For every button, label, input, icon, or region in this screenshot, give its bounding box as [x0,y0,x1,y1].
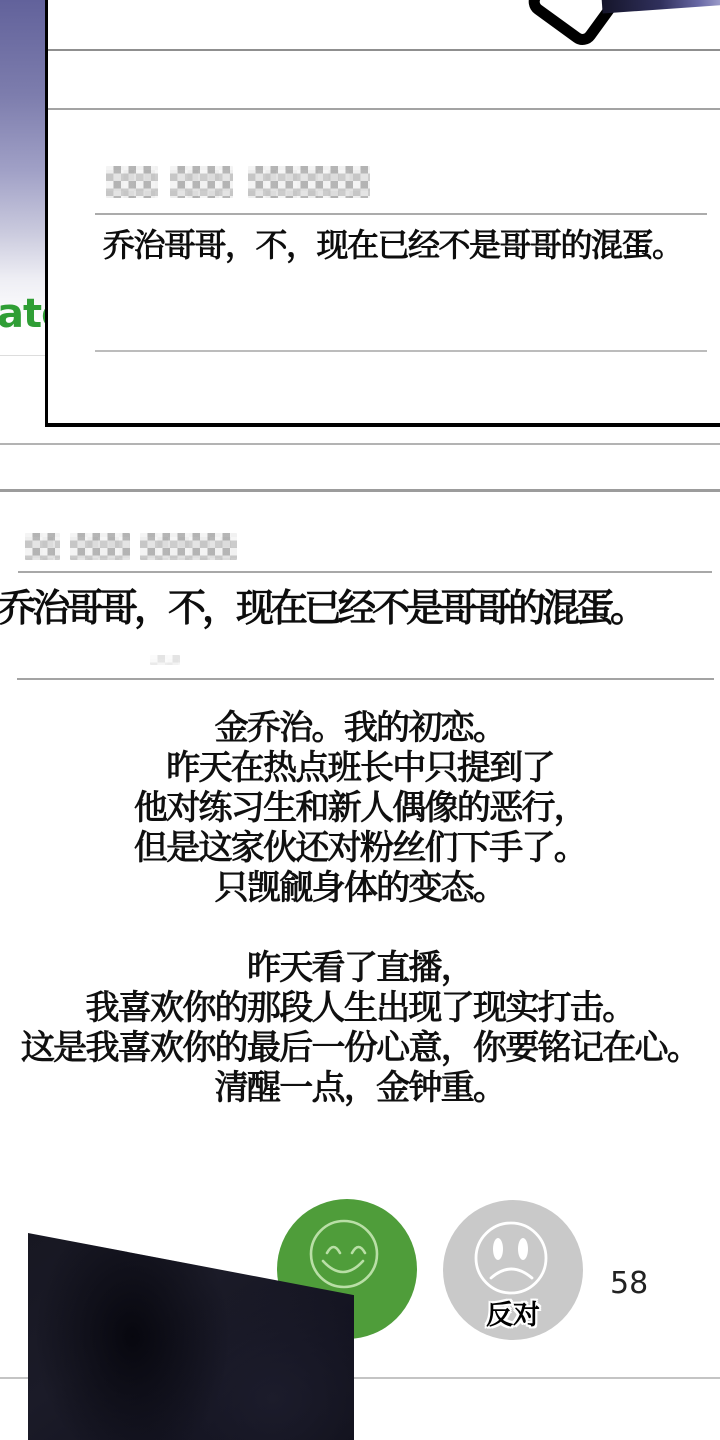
oppose-label: 反对 [443,1293,583,1332]
masked-username [170,166,233,198]
masked-mark [150,655,180,665]
divider [95,350,707,352]
body-line: 金乔治。我的初恋。 [0,708,720,748]
body-line: 我喜欢你的那段人生出现了现实打击。 [0,988,720,1028]
background-sidebar-gradient [0,0,45,340]
body-line [0,908,720,948]
body-line: 只觊觎身体的变态。 [0,868,720,908]
post-body: 金乔治。我的初恋。 昨天在热点班长中只提到了 他对练习生和新人偶像的恶行， 但是… [0,708,720,1108]
reaction-count: 58 [610,1266,648,1301]
oppose-reaction-button[interactable]: 反对 [443,1200,583,1340]
body-line: 但是这家伙还对粉丝们下手了。 [0,828,720,868]
masked-username [248,166,370,198]
post-card: 乔治哥哥，不，现在已经不是哥哥的混蛋。 [45,0,720,427]
divider [0,443,720,445]
divider [18,571,712,573]
divider [48,49,720,51]
divider [0,355,45,356]
body-line: 这是我喜欢你的最后一份心意，你要铭记在心。 [0,1028,720,1068]
divider [0,489,720,492]
masked-username [70,533,130,560]
body-line: 清醒一点，金钟重。 [0,1068,720,1108]
masked-username [106,166,158,198]
divider [17,678,714,680]
body-line: 昨天在热点班长中只提到了 [0,748,720,788]
divider [95,213,707,215]
comment-text: 乔治哥哥，不，现在已经不是哥哥的混蛋。 [103,226,683,264]
masked-username [25,533,60,560]
comic-page: ate 乔治哥哥，不，现在已经不是哥哥的混蛋。 乔治哥哥，不，现在已经不是哥哥的… [0,0,720,1440]
masked-username [140,533,237,560]
comment-text-large: 乔治哥哥，不，现在已经不是哥哥的混蛋。 [0,584,644,632]
divider [48,108,720,110]
body-line: 昨天看了直播， [0,948,720,988]
body-line: 他对练习生和新人偶像的恶行， [0,788,720,828]
